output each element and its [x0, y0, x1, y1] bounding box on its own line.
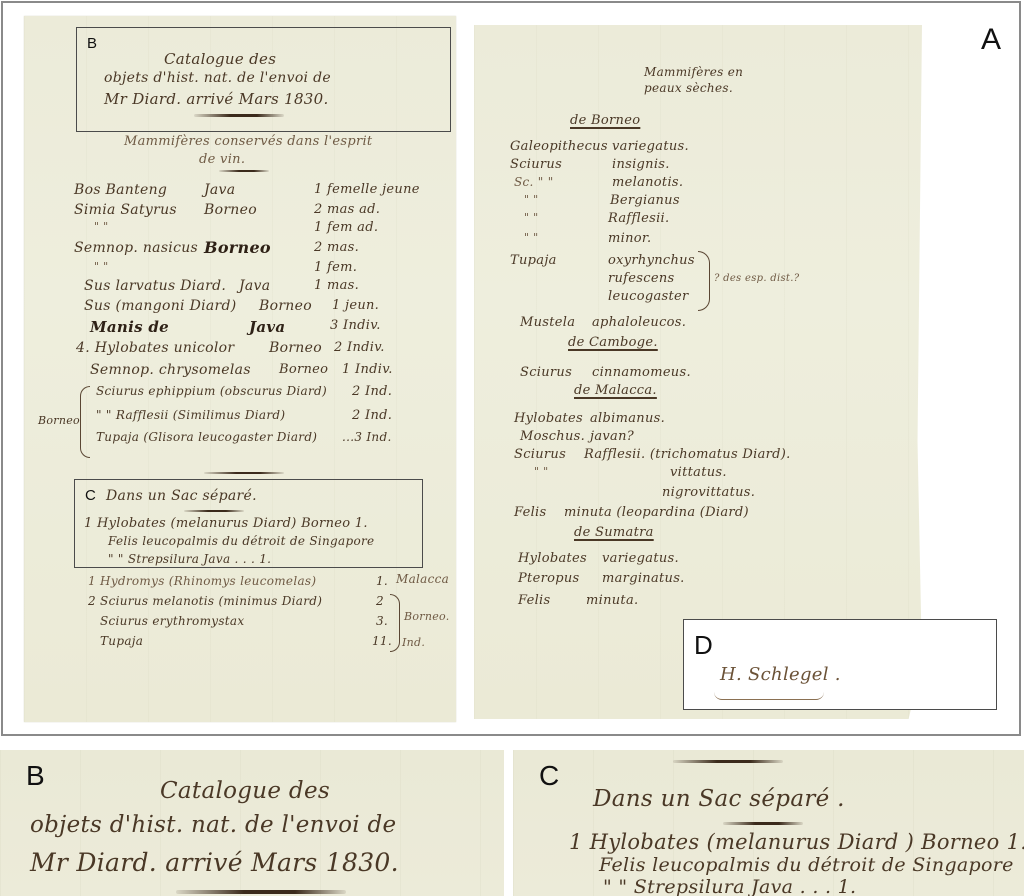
- entry-genus: Mustela: [520, 315, 575, 330]
- entry-genus: Sciurus: [510, 157, 562, 172]
- entry-count: 2 Indiv.: [334, 340, 385, 355]
- entry-genus: Moschus.: [520, 429, 585, 444]
- tupaja-bracket: [698, 251, 710, 311]
- entry-count: 2 mas ad.: [314, 202, 380, 217]
- final-entry-count: 11.: [372, 634, 392, 648]
- section-heading-borneo: de Borneo: [570, 113, 640, 128]
- entry-name: " " Rafflesii (Similimus Diard): [96, 408, 285, 422]
- entry-species: variegatus.: [602, 551, 679, 566]
- zoom-panel-label-b: B: [26, 762, 45, 790]
- entry-locality: Borneo: [204, 238, 271, 257]
- entry-species: minuta (leopardina (Diard): [564, 505, 749, 520]
- entry-locality: Borneo: [259, 298, 312, 314]
- panel-label-c: C: [85, 488, 96, 503]
- zoom-panel-b: B Catalogue des objets d'hist. nat. de l…: [0, 750, 504, 896]
- entry-genus: Sciurus: [520, 365, 572, 380]
- entry-count: 1 fem ad.: [314, 220, 378, 235]
- entry-name: Sciurus ephippium (obscurus Diard): [96, 384, 327, 398]
- final-entry-locality: Malacca: [396, 572, 449, 586]
- entry-genus: Galeopithecus: [510, 139, 608, 154]
- entry-genus: Sc. " ": [514, 175, 554, 189]
- final-entry-name: Sciurus erythromystax: [100, 614, 244, 628]
- section-heading-camboge: de Camboge.: [568, 335, 658, 350]
- zoom-b-line-1: Catalogue des: [160, 778, 330, 804]
- entry-genus: Hylobates: [514, 411, 583, 426]
- final-entry-name: 2 Sciurus melanotis (minimus Diard): [88, 594, 322, 608]
- signature-flourish: [714, 692, 824, 700]
- entry-species: melanotis.: [612, 175, 683, 190]
- entry-species: Rafflesii.: [608, 211, 669, 226]
- entry-count: 1 Indiv.: [342, 362, 393, 377]
- entry-genus: Sciurus: [514, 447, 566, 462]
- section-heading-sumatra: de Sumatra: [574, 525, 654, 540]
- zoom-b-rule: [176, 890, 346, 894]
- entry-count: 2 Ind.: [352, 408, 392, 423]
- entry-species: minuta.: [586, 593, 638, 608]
- entry-name: Semnop. nasicus: [74, 240, 198, 256]
- entry-name: Sus (mangoni Diard): [84, 298, 237, 314]
- entry-name: 4. Hylobates unicolor: [76, 340, 234, 356]
- panel-label-b: B: [87, 36, 97, 51]
- entry-genus: Felis: [518, 593, 551, 608]
- signature: H. Schlegel .: [720, 664, 841, 685]
- entry-name: " ": [94, 220, 109, 233]
- entry-genus: " ": [534, 465, 549, 478]
- entry-genus: " ": [524, 211, 539, 224]
- final-bracket: [390, 594, 400, 652]
- entry-locality: Borneo: [269, 340, 322, 356]
- entry-species: cinnamomeus.: [592, 365, 691, 380]
- entry-count: 1 fem.: [314, 260, 357, 275]
- zoom-b-line-3: Mr Diard. arrivé Mars 1830.: [30, 848, 399, 877]
- entry-genus: Pteropus: [518, 571, 579, 586]
- section-heading-malacca: de Malacca.: [574, 383, 657, 398]
- entry-genus: Tupaja: [510, 253, 557, 268]
- zoom-c-top-rule: [673, 760, 783, 763]
- entry-species: vittatus.: [670, 465, 727, 480]
- final-entry-count: 2: [376, 594, 384, 608]
- entry-species: oxyrhynchus: [608, 253, 695, 268]
- entry-count: 2 Ind.: [352, 384, 392, 399]
- zoom-panel-c: C Dans un Sac séparé . 1 Hylobates (mela…: [513, 750, 1024, 896]
- zoom-c-line-1: 1 Hylobates (melanurus Diard ) Borneo 1.: [569, 830, 1024, 854]
- manuscript-page-right: Mammifères en peaux sèches. de Borneo Ga…: [474, 25, 922, 719]
- right-header-line-2: peaux sèches.: [644, 81, 733, 95]
- final-bracket-label: Borneo.: [404, 610, 450, 623]
- entry-name: Sus larvatus Diard.: [84, 278, 226, 294]
- zoom-c-line-2: Felis leucopalmis du détroit de Singapor…: [599, 854, 1014, 876]
- entry-count: 1 jeun.: [332, 298, 379, 313]
- final-entry-name: 1 Hydromys (Rhinomys leucomelas): [88, 574, 316, 588]
- entry-genus: " ": [524, 231, 539, 244]
- subtitle-rule: [219, 170, 269, 172]
- entry-genus: Hylobates: [518, 551, 587, 566]
- section-rule: [204, 472, 284, 474]
- entry-species: javan?: [590, 429, 634, 444]
- entry-species: albimanus.: [590, 411, 665, 426]
- entry-count: ...3 Ind.: [342, 430, 392, 444]
- final-entry-count: 1.: [376, 574, 388, 588]
- entry-locality: Borneo: [204, 202, 257, 218]
- final-entry-locality: Ind.: [402, 636, 425, 649]
- entry-locality: Java: [204, 182, 235, 198]
- subtitle-line-2: de vin.: [199, 152, 245, 167]
- final-entry-name: Tupaja: [100, 634, 143, 648]
- entry-species: leucogaster: [608, 289, 689, 304]
- entry-species: nigrovittatus.: [662, 485, 755, 500]
- tupaja-bracket-note: ? des esp. dist.?: [714, 273, 799, 284]
- zoom-panel-label-c: C: [539, 762, 559, 790]
- panel-label-a: A: [981, 25, 1001, 55]
- highlight-box-b: B: [76, 27, 451, 132]
- entry-name: Manis de: [90, 318, 169, 336]
- subtitle-line-1: Mammifères conservés dans l'esprit: [124, 134, 372, 149]
- entry-species: minor.: [608, 231, 651, 246]
- entry-name: Simia Satyrus: [74, 202, 177, 218]
- entry-count: 3 Indiv.: [330, 318, 381, 333]
- zoom-c-heading-rule: [723, 822, 803, 825]
- borneo-bracket-label: Borneo: [38, 414, 80, 427]
- entry-genus: Felis: [514, 505, 547, 520]
- highlight-box-d: D H. Schlegel .: [683, 619, 997, 710]
- entry-species: Rafflesii. (trichomatus Diard).: [584, 447, 791, 462]
- highlight-box-c: C: [74, 479, 423, 568]
- entry-name: " ": [94, 260, 109, 273]
- entry-name: Semnop. chrysomelas: [90, 362, 251, 378]
- zoom-b-line-2: objets d'hist. nat. de l'envoi de: [30, 812, 396, 838]
- entry-name: Tupaja (Glisora leucogaster Diard): [96, 430, 317, 444]
- zoom-c-heading: Dans un Sac séparé .: [593, 786, 845, 812]
- entry-count: 1 mas.: [314, 278, 359, 293]
- final-entry-count: 3.: [376, 614, 388, 628]
- entry-species: insignis.: [612, 157, 670, 172]
- entry-genus: " ": [524, 193, 539, 206]
- zoom-c-line-3: " " Strepsilura Java . . . 1.: [603, 876, 856, 896]
- entry-locality: Java: [249, 318, 285, 336]
- entry-count: 1 femelle jeune: [314, 182, 420, 197]
- entry-species: variegatus.: [612, 139, 689, 154]
- entry-species: rufescens: [608, 271, 674, 286]
- entry-species: Bergianus: [610, 193, 680, 208]
- entry-species: aphaloleucos.: [592, 315, 686, 330]
- borneo-bracket: [80, 386, 90, 458]
- panel-label-d: D: [694, 632, 713, 658]
- entry-name: Bos Banteng: [74, 182, 167, 198]
- entry-locality: Java: [239, 278, 270, 294]
- entry-count: 2 mas.: [314, 240, 359, 255]
- entry-locality: Borneo: [279, 362, 328, 377]
- entry-species: marginatus.: [602, 571, 685, 586]
- right-header-line-1: Mammifères en: [644, 65, 743, 79]
